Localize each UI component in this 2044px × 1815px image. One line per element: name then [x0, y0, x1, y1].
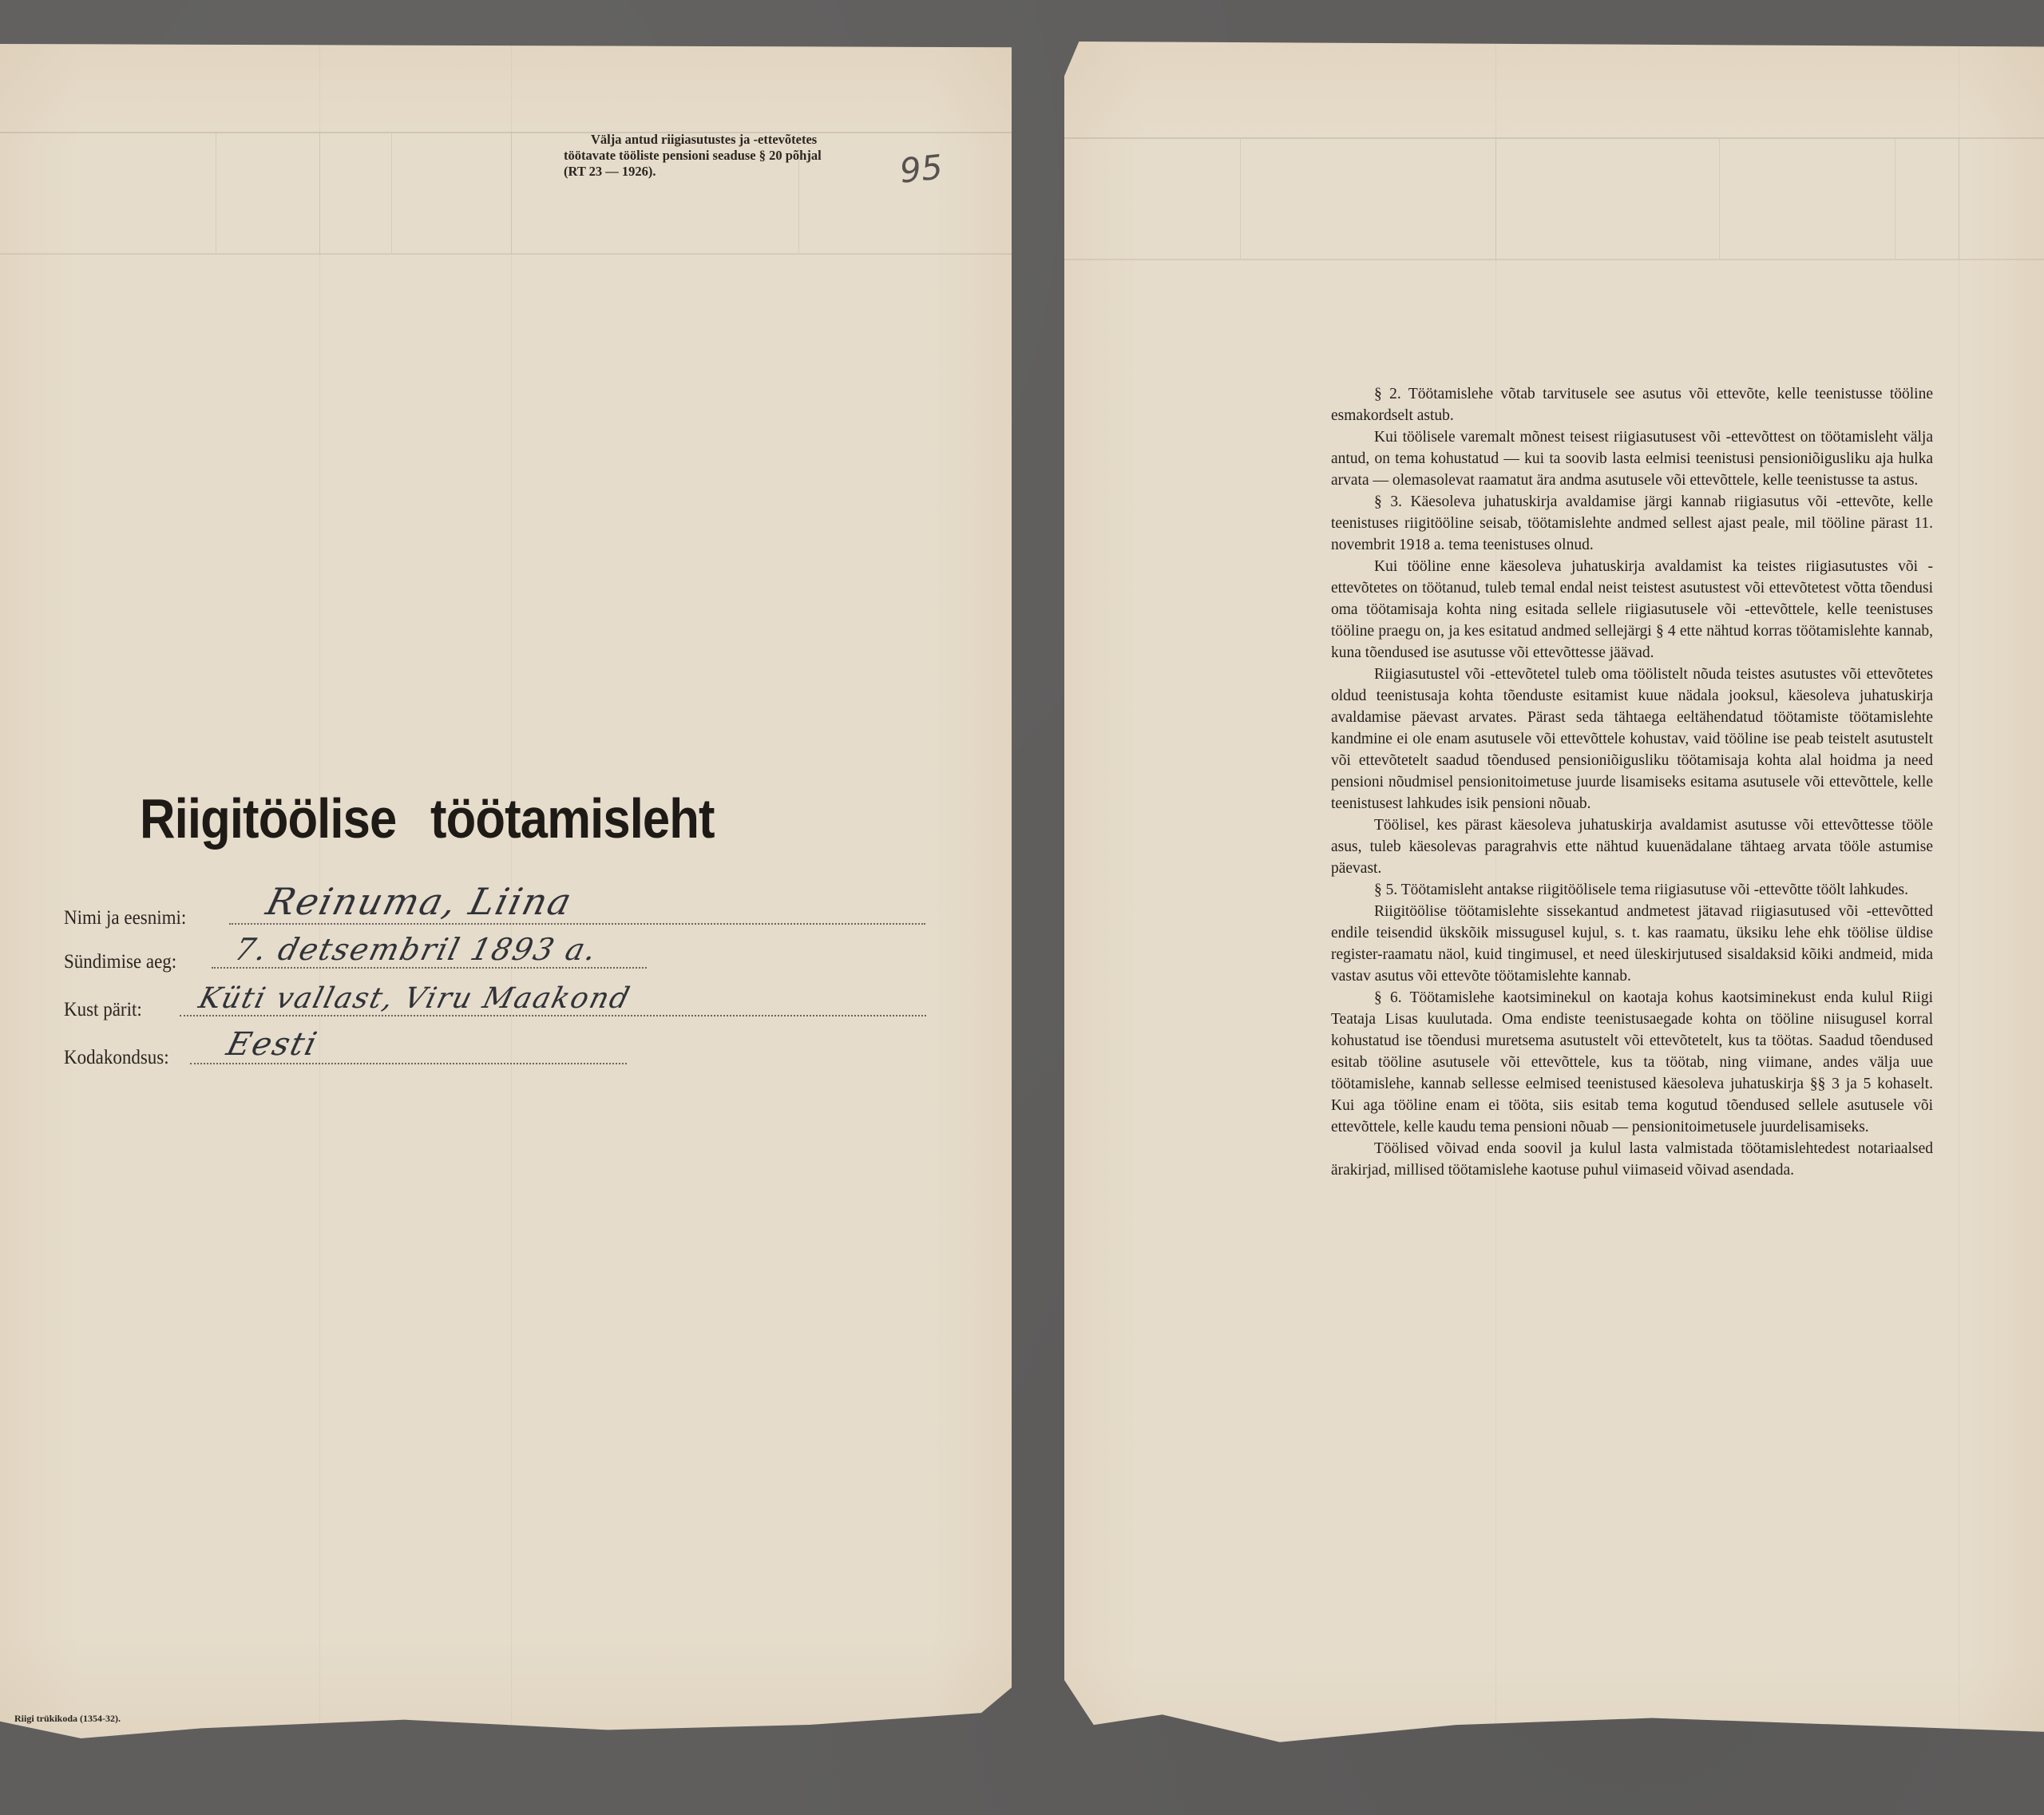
field-label: Nimi ja eesnimi: [64, 907, 186, 929]
document-title: Riigitöölise töötamisleht [140, 787, 786, 850]
paragraph-s3: § 3. Käesoleva juhatuskirja avaldamise j… [1331, 491, 1933, 556]
printer-imprint: Riigi trükikoda (1354-32). [14, 1713, 121, 1725]
paragraph-s2: § 2. Töötamislehe võtab tarvitusele see … [1331, 383, 1933, 426]
handwritten-value: Küti vallast, Viru Maakond [196, 982, 634, 1015]
paragraph-s5: § 5. Töötamisleht antakse riigitöölisele… [1331, 879, 1933, 901]
field-label: Sündimise aeg: [64, 951, 176, 973]
field-citizenship: Kodakondsus: Eesti [64, 1034, 627, 1069]
page-number-annotation: 95 [898, 147, 945, 190]
handwritten-value: Reinuma, Liina [262, 880, 577, 923]
paragraph: Riigiasutustel või -ettevõtetel tuleb om… [1331, 664, 1933, 814]
form-front-page: Välja antud riigiasutustes ja -ettevõtet… [0, 44, 1012, 1738]
paragraph: Riigitöölise töötamislehte sissekantud a… [1331, 901, 1933, 987]
issued-note: Välja antud riigiasutustes ja -ettevõtet… [564, 132, 875, 180]
dotted-line [229, 923, 925, 925]
field-label: Kodakondsus: [64, 1047, 169, 1069]
paragraph: Kui töölisele varemalt mõnest teisest ri… [1331, 426, 1933, 491]
dotted-line [190, 1063, 627, 1064]
paragraph: Töölisel, kes pärast käesoleva juhatuski… [1331, 814, 1933, 879]
field-label: Kust pärit: [64, 999, 142, 1021]
paragraph: Töölised võivad enda soovil ja kulul las… [1331, 1138, 1933, 1181]
field-origin: Kust pärit: Küti vallast, Viru Maakond [64, 986, 926, 1021]
paragraph: Kui tööline enne käesoleva juhatuskirja … [1331, 556, 1933, 664]
show-through-column-line [1959, 42, 1959, 1766]
field-birth-date: Sündimise aeg: 7. detsembril 1893 a. [64, 938, 647, 973]
dotted-line [212, 967, 647, 969]
field-name: Nimi ja eesnimi: Reinuma, Liina [64, 894, 926, 929]
dotted-line [180, 1015, 926, 1016]
handwritten-value: 7. detsembril 1893 a. [232, 932, 602, 967]
handwritten-value: Eesti [223, 1026, 322, 1063]
paragraph-s6: § 6. Töötamislehe kaotsiminekul on kaota… [1331, 987, 1933, 1138]
show-through-table-grid [1064, 137, 2044, 260]
regulations-text: § 2. Töötamislehe võtab tarvitusele see … [1331, 383, 1933, 1181]
